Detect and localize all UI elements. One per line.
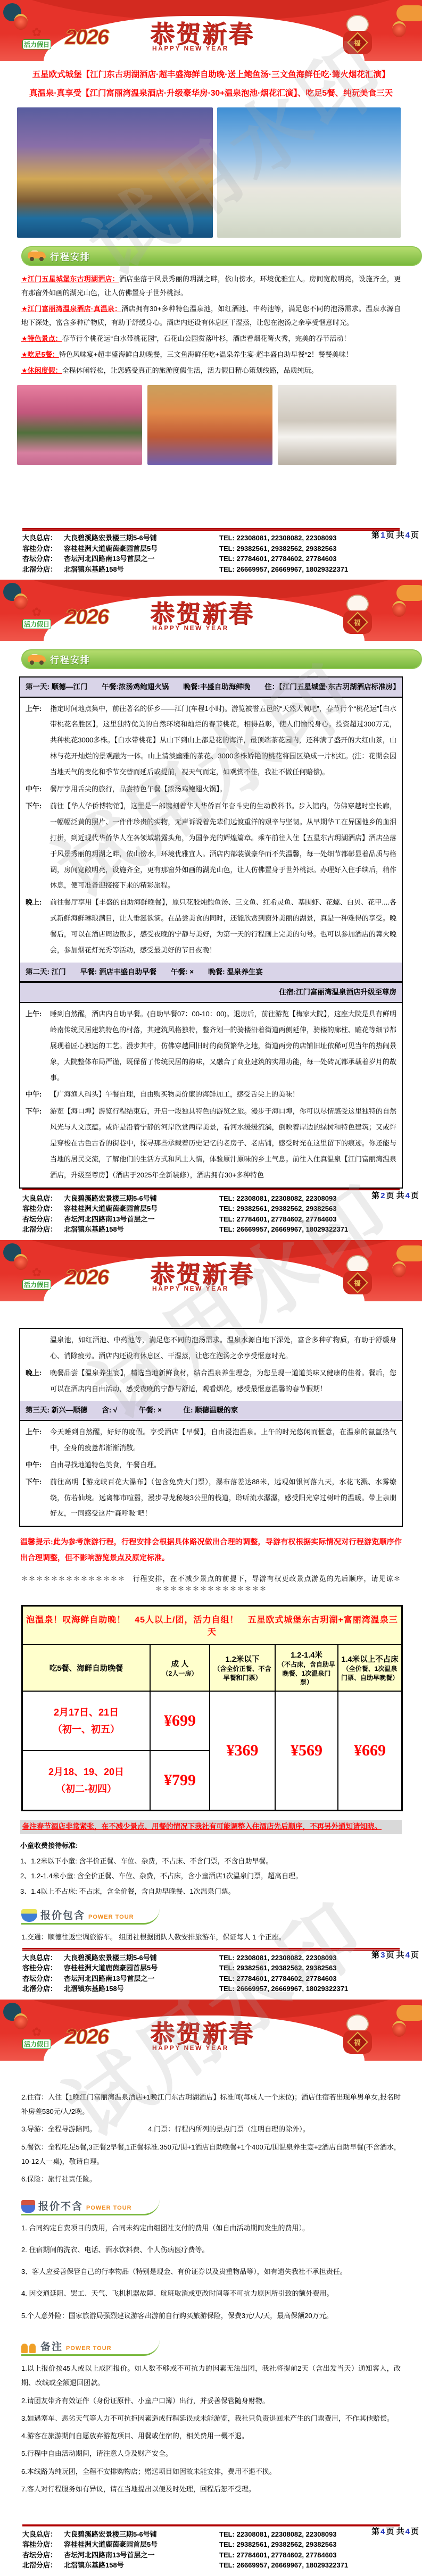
notes-item: 6.本线路为纯玩团，全程不安排购物店；赠送项目如因故未能安排，费用不退不换。 — [21, 2464, 401, 2479]
footer: 第1页 共4页 大良总店：大良碧溪路宏景楼三期5-6号铺TEL: 2230808… — [0, 528, 422, 580]
car-icon — [28, 654, 46, 665]
day2-noon: 中午:【广海渔人码头】午餐自理，自由购买物美价廉的海鲜加工，感受舌尖上的美味！ — [26, 1086, 396, 1102]
year-2026: 2026 — [65, 605, 108, 629]
stars-note: ＊＊＊＊＊＊＊＊＊＊＊＊＊＊ 行程安排，在不减少景点的前提下，导游有权更改景点游… — [20, 1573, 402, 1593]
notes-item: 7.客人对行程服务如有异议，请在当地提出以便及时处理，回程后恕不受理。 — [21, 2482, 401, 2496]
banner-greeting-en: HAPPY NEW YEAR — [152, 1285, 229, 1292]
photo-hotel-room — [278, 385, 396, 465]
hotel-remark-highlight: 备注春节酒店非常紧张，在不减少景点、用餐的情况下我社有可能调整入住酒店先后顺序，… — [20, 1820, 402, 1834]
itinerary-badge: 行程安排 — [21, 246, 422, 266]
gold-cloud-icon — [396, 2005, 422, 2021]
bowl-icon — [21, 1909, 37, 1922]
festive-banner: ✿活力假日 2026 恭贺新春 HAPPY NEW YEAR 福 — [0, 580, 422, 641]
people-icon — [21, 2340, 37, 2353]
notes-list: 1.以上报价按45人或以上成团报价。如人数不够或不可抗力的因素无法出团，我社将提… — [21, 2361, 401, 2499]
year-2026: 2026 — [65, 26, 108, 49]
store-row: 北滘分店：北滘镇东基路158号TEL: 26669957, 26669967, … — [22, 564, 400, 575]
day2-evening: 晚上:晚餐品尝【温泉养生宴】，精选当地新鲜食材，结合温泉养生理念，为您呈现一道道… — [26, 1365, 396, 1397]
excludes-item: 4. 因交通延阻、罢工、天气、飞机机器故障、航班取消或更改时间等不可抗力原因所引… — [21, 2286, 401, 2301]
page-number: 第2页 共4页 — [371, 1190, 419, 1201]
tour-title-2: 真温泉·真享受【江门富丽湾温泉酒店·升级豪华房·30+温泉泡池·烟花汇演】、吃足… — [5, 87, 417, 99]
price-col-adult: 成 人（2人一房） — [150, 1644, 210, 1691]
child-policy: 小童收费接待标准: 1、1.2米以下小童: 含半价正餐、车位、杂费，不占床、不含… — [20, 1838, 402, 1899]
agency-logo: ✿活力假日 — [20, 606, 53, 629]
hotel-photos — [17, 107, 405, 238]
photo-fuliwan-hotel-day — [217, 107, 401, 238]
festive-banner: ✿活力假日 2026 恭贺新春 HAPPY NEW YEAR 福 — [0, 2000, 422, 2061]
tour-title-1: 五星欧式城堡【江门东古玥湖酒店·超丰盛海鲜自助晚·送上鲍鱼汤·三文鱼海鲜任吃·篝… — [5, 69, 417, 81]
horse-mascot-icon: 福 — [340, 2014, 375, 2057]
date-row-1: 2月17日、21日（初一、初五） — [22, 1691, 150, 1751]
horse-mascot-icon: 福 — [340, 15, 375, 57]
year-2026: 2026 — [65, 2025, 108, 2049]
footer-divider — [22, 528, 400, 531]
agency-logo-text: 活力假日 — [22, 39, 51, 49]
itinerary-badge: 行程安排 — [21, 649, 422, 669]
highlight-item: ★江门五星城堡东古玥湖酒店：酒店坐落于风景秀丽的玥湖之畔，依山傍水，环境优雅宜人… — [21, 272, 401, 300]
store-row: 大良总店：大良碧溪路宏景楼三期5-6号铺TEL: 22308081, 22308… — [22, 533, 400, 543]
agency-logo: ✿活力假日 — [20, 2026, 53, 2049]
store-row: 容桂分店：容桂桂洲大道鹿茵豪园首层5号TEL: 29382561, 293825… — [22, 1203, 400, 1214]
price-col-child-mid: 1.2-1.4米（不占床，含自助早晚餐、1次温泉门票） — [275, 1644, 338, 1691]
flower-icon: ✿ — [20, 27, 53, 38]
adult-price-1: ¥699 — [150, 1691, 210, 1751]
includes-item: 3.导游：全程导游陪同。 4.门票：行程内所列的景点门票（注明自理的除外）。 — [21, 2122, 401, 2136]
page-4: ✿活力假日 2026 恭贺新春 HAPPY NEW YEAR 福 2.住宿：入住… — [0, 2000, 422, 2576]
footer: 第4页 共4页 大良总店：大良碧溪路宏景楼三期5-6号铺TEL: 2230808… — [0, 2524, 422, 2576]
photo-castle-hotel-night — [17, 107, 213, 238]
store-row: 大良总店：大良碧溪路宏景楼三期5-6号铺TEL: 22308081, 22308… — [22, 1193, 400, 1204]
child-policy-heading: 小童收费接待标准: — [20, 1838, 402, 1854]
includes-item: 5.餐饮：全程吃足5餐,3正餐2早餐,1正餐标准.350元/围+1酒店自助晚餐+… — [21, 2140, 401, 2169]
day1-table: 第一天: 顺德—江门 午餐:浓汤鸡鲍翅火锅 晚餐:丰盛自助海鲜晚 住：【江门五星… — [19, 676, 403, 1189]
warm-tip: 温馨提示:此为参考旅游行程，行程安排会根据具体路况做出合理的调整，导游有权根据实… — [20, 1534, 402, 1566]
day1-header: 第一天: 顺德—江门 午餐:浓汤鸡鲍翅火锅 晚餐:丰盛自助海鲜晚 住：【江门五星… — [20, 678, 402, 698]
highlight-item: ★休闲度假：全程休闲轻松，让您感受真正的旅游度假生活，活力假日精心策划线路，品质… — [21, 364, 401, 378]
includes-item: 2.住宿：入住【1晚江门富丽湾温泉酒店+1晚江门东古玥湖酒店】标准间(每成人一个… — [21, 2090, 401, 2119]
includes-item: 6.保险：旅行社责任险。 — [21, 2172, 401, 2186]
store-row: 杏坛分店：杏坛河北四路南13号首层之一TEL: 27784601, 277846… — [22, 554, 400, 564]
includes-badge: 报价包含POWER TOUR — [21, 1908, 160, 1925]
adult-price-2: ¥799 — [150, 1751, 210, 1810]
lantern-icon — [392, 601, 406, 617]
highlight-item: ★江门富丽湾温泉酒店·真温泉：酒店拥有30+多种特色温泉池，如红酒池、中药池等，… — [21, 302, 401, 330]
notes-item: 2.请团友带齐有效证件（身份证原件、小童户口簿）出行，并妥善保管随身财物。 — [21, 2394, 401, 2408]
day1-morning: 上午:指定时间地点集中，前往著名的侨乡——江门(车程1小时)。游览被誉五邑的“天… — [26, 701, 396, 780]
footer: 第2页 共4页 大良总店：大良碧溪路宏景楼三期5-6号铺TEL: 2230808… — [0, 1189, 422, 1240]
notes-item: 5.行程中自由活动期间，请注意人身及财产安全。 — [21, 2446, 401, 2461]
store-row: 大良总店：大良碧溪路宏景楼三期5-6号铺TEL: 22308081, 22308… — [22, 2529, 400, 2540]
child-policy-item: 3、1.4以上不占床: 不占床，含全价餐，含自助早晚餐、1次温泉门票。 — [20, 1884, 402, 1900]
store-row: 北滘分店：北滘镇东基路158号TEL: 26669957, 26669967, … — [22, 2560, 400, 2571]
excludes-item: 2. 住宿期间的洗衣、电话、酒水饮料费、个人伤病医疗费等。 — [21, 2243, 401, 2257]
notes-item: 1.以上报价按45人或以上成团报价。如人数不够或不可抗力的因素无法出团，我社将提… — [21, 2361, 401, 2390]
price-table-title: 泡温泉！叹海鲜自助晚！ 45人以上/团，活力自组！ 五星欧式城堡东古玥湖+富丽湾… — [22, 1606, 402, 1644]
child-policy-item: 2、1.2-1.4米小童: 含全价正餐、车位、杂费，不占床，含小童酒店1次温泉门… — [20, 1869, 402, 1884]
scenery-photos — [17, 385, 405, 465]
excludes-item: 1. 合同约定自费项目的费用，合同未约定由组团社支付的费用（如自由活动期间发生的… — [21, 2221, 401, 2235]
includes-items-rest: 2.住宿：入住【1晚江门富丽湾温泉酒店+1晚江门东古玥湖酒店】标准间(每成人一个… — [21, 2090, 401, 2190]
agency-logo: ✿ 活力假日 — [20, 27, 53, 49]
gold-cloud-icon — [396, 5, 422, 21]
banner-greeting-en: HAPPY NEW YEAR — [152, 624, 229, 632]
excludes-badge: 报价不含POWER TOUR — [21, 2198, 160, 2215]
lantern-icon — [392, 1261, 406, 1277]
page-1: ✿ 活力假日 2026 恭贺新春 HAPPY NEW YEAR 福 五星欧式城堡… — [0, 0, 422, 580]
store-row: 杏坛分店：杏坛河北四路南13号首层之一TEL: 27784601, 277846… — [22, 1214, 400, 1225]
festive-banner: ✿ 活力假日 2026 恭贺新春 HAPPY NEW YEAR 福 — [0, 0, 422, 61]
price-col-meals: 吃5餐、海鲜自助晚餐 — [22, 1644, 150, 1691]
agency-logo: ✿活力假日 — [20, 1267, 53, 1290]
day2-morning: 上午:睡到自然醒，酒店内自助早餐。(自助早餐07：00-10：00)。退房后，前… — [26, 1006, 396, 1085]
day3-noon: 中午:自由寻找地道特色美食，午餐自理。 — [26, 1457, 396, 1473]
page-number: 第1页 共4页 — [371, 529, 419, 540]
date-row-2: 2月18、19、20日（初二-初四） — [22, 1751, 150, 1810]
child-policy-item: 1、1.2米以下小童: 含半价正餐、车位、杂费，不占床、不含门票，不含自助早餐。 — [20, 1854, 402, 1869]
day1-afternoon: 下午:前往【华人华侨博物馆】，这里是一部镌刻着华人华侨百年奋斗史的生动教科书。步… — [26, 798, 396, 893]
day3-header: 第三天: 新兴—顺德 含: √ 午餐: × 住: 顺德温暖的家 — [20, 1401, 402, 1421]
day2-header-lodging: 住宿:江门富丽湾温泉酒店升级至尊房 — [20, 982, 402, 1003]
day3-afternoon: 下午:前往高明【游龙峡百花大瀑布】（包含免费大门票），瀑布落差达88米，远观如银… — [26, 1474, 396, 1522]
horse-mascot-icon: 福 — [340, 595, 375, 637]
page-number: 第3页 共4页 — [371, 1949, 419, 1960]
store-row: 北滘分店：北滘镇东基路158号TEL: 26669957, 26669967, … — [22, 1984, 400, 1994]
store-row: 大良总店：大良碧溪路宏景楼三期5-6号铺TEL: 22308081, 22308… — [22, 1953, 400, 1963]
gold-cloud-icon — [396, 1245, 422, 1261]
footer: 第3页 共4页 大良总店：大良碧溪路宏景楼三期5-6号铺TEL: 2230808… — [0, 1948, 422, 2000]
horse-mascot-icon: 福 — [340, 1255, 375, 1298]
store-row: 容桂分店：容桂桂洲大道鹿茵豪园首层5号TEL: 29382561, 293825… — [22, 1963, 400, 1973]
price-table: 泡温泉！叹海鲜自助晚！ 45人以上/团，活力自组！ 五星欧式城堡东古玥湖+富丽湾… — [21, 1605, 403, 1811]
store-row: 杏坛分店：杏坛河北四路南13号首层之一TEL: 27784601, 277846… — [22, 2550, 400, 2561]
store-row: 杏坛分店：杏坛河北四路南13号首层之一TEL: 27784601, 277846… — [22, 1973, 400, 1984]
basket-icon — [21, 2200, 35, 2213]
excludes-list: 1. 合同约定自费项目的费用，合同未约定由组团社支付的费用（如自由活动期间发生的… — [21, 2221, 401, 2330]
year-2026: 2026 — [65, 1266, 108, 1290]
page-number: 第4页 共4页 — [371, 2525, 419, 2537]
photo-peach-blossom — [17, 385, 142, 465]
notes-badge: 备注POWER TOUR — [21, 2339, 160, 2356]
day1-evening: 晚上:前往餐厅享用【丰盛的自助海鲜晚餐】，原只花胶炖鲍鱼汤、三文鱼、红希灵鱼、基… — [26, 894, 396, 958]
day3-morning: 上午:今天睡到自然醒，好好的度假。享受酒店【早餐】，自由浸泡温泉。上午的时光悠闲… — [26, 1424, 396, 1456]
excludes-item: 3、客人应妥善保管自己的行李物品（特别是现金、有价证券以及贵重物品等），如有遗失… — [21, 2264, 401, 2279]
page-3: ✿活力假日 2026 恭贺新春 HAPPY NEW YEAR 福 温泉池，如红酒… — [0, 1240, 422, 2000]
excludes-item: 5.个人意外险：国家旅游局强烈建议游客出游前自行购买旅游保险，保费3元/人/天，… — [21, 2309, 401, 2323]
notes-item: 3.如遇塞车、恶劣天气等人力不可抗拒因素造成行程延误或未能游览，我社只负责退回未… — [21, 2411, 401, 2426]
day1-noon: 中午:餐厅享用舌尖的旅行，品尝特色午餐【浓汤鸡鲍翅火锅】。 — [26, 781, 396, 797]
day2-afternoon-continued: 温泉池，如红酒池、中药池等，满足您不同的泡汤需求。温泉水源自地下深处，富含多种矿… — [26, 1332, 396, 1364]
price-col-child-tall: 1.4米以上不占床（全价餐、1次温泉门票、自助早晚餐） — [338, 1644, 402, 1691]
store-row: 北滘分店：北滘镇东基路158号TEL: 26669957, 26669967, … — [22, 1224, 400, 1235]
child-price-small: ¥369 — [210, 1691, 275, 1810]
lantern-icon — [392, 2021, 406, 2037]
page-2: ✿活力假日 2026 恭贺新春 HAPPY NEW YEAR 福 行程安排 第一… — [0, 580, 422, 1240]
child-price-mid: ¥569 — [275, 1691, 338, 1810]
highlight-item: ★特色景点：春节行个桃花运“白水带桃花园”，石花山公园赏落叶杉，酒店看烟花篝火秀… — [21, 332, 401, 346]
gold-cloud-icon — [396, 585, 422, 601]
travel-flyer: 试用水印 试用水印 试用水印 试用水印 ✿ 活力假日 2026 恭贺新春 HAP… — [0, 0, 422, 2576]
lantern-icon — [392, 21, 406, 37]
store-row: 容桂分店：容桂桂洲大道鹿茵豪园首层5号TEL: 29382561, 293825… — [22, 543, 400, 554]
banner-greeting-en: HAPPY NEW YEAR — [152, 2044, 229, 2052]
store-row: 容桂分店：容桂桂洲大道鹿茵豪园首层5号TEL: 29382561, 293825… — [22, 2539, 400, 2550]
includes-item-1: 1.交通：顺德往返空调旅游车。 组团社根据团队人数安排旅游车，保证每人 1 个正… — [21, 1930, 401, 1947]
highlight-item: ★吃足5餐：特色风味宴+超丰盛海鲜自助晚餐，三文鱼海鲜任吃+温泉养生宴·超丰盛自… — [21, 348, 401, 362]
day2-afternoon: 下午:游览【海口埠】游览行程结束后，开启一段独具特色的游览之旅。漫步于海口埠，你… — [26, 1103, 396, 1183]
itinerary-badge-label: 行程安排 — [50, 249, 90, 263]
notes-item: 4.游客在旅游期间自愿放弃游览项目、用餐或住宿的，相关费用一概不退。 — [21, 2429, 401, 2443]
child-price-tall: ¥669 — [338, 1691, 402, 1810]
festive-banner: ✿活力假日 2026 恭贺新春 HAPPY NEW YEAR 福 — [0, 1240, 422, 1301]
day2-continuation-table: 温泉池，如红酒池、中药池等，满足您不同的泡汤需求。温泉水源自地下深处，富含多种矿… — [19, 1328, 403, 1527]
car-icon — [28, 250, 46, 261]
day2-header: 第二天: 江门 早餐: 酒店丰盛自助早餐 午餐: × 晚餐: 温泉养生宴 — [20, 963, 402, 983]
highlight-list: ★江门五星城堡东古玥湖酒店：酒店坐落于风景秀丽的玥湖之畔，依山傍水，环境优雅宜人… — [21, 272, 401, 380]
banner-greeting-en: HAPPY NEW YEAR — [152, 45, 229, 52]
photo-seafood-buffet — [147, 385, 272, 465]
price-col-child-small: 1.2米以下（含全价正餐、不含早餐和门票） — [210, 1644, 275, 1691]
